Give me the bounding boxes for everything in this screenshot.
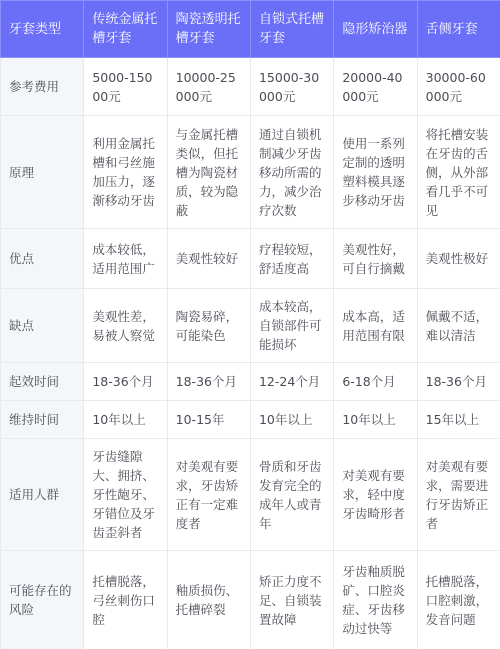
braces-comparison-table: 牙套类型 传统金属托槽牙套 陶瓷透明托槽牙套 自锁式托槽牙套 隐形矫治器 舌侧牙… bbox=[0, 0, 500, 649]
table-cell: 对美观有要求，需要进行牙齿矫正者 bbox=[417, 439, 500, 551]
table-cell: 美观性差，易被人察觉 bbox=[84, 289, 167, 363]
table-cell: 利用金属托槽和弓丝施加压力，逐渐移动牙齿 bbox=[84, 116, 167, 229]
table-row-cons: 缺点 美观性差，易被人察觉 陶瓷易碎，可能染色 成本较高，自锁部件可能损坏 成本… bbox=[1, 289, 500, 363]
row-label: 适用人群 bbox=[1, 439, 84, 551]
table-row-suitable-people: 适用人群 牙齿缝隙大、拥挤、牙性龅牙、牙错位及牙齿歪斜者 对美观有要求，牙齿矫正… bbox=[1, 439, 500, 551]
table-cell: 6-18个月 bbox=[334, 363, 417, 401]
table-row-cost: 参考费用 5000-15000元 10000-25000元 15000-3000… bbox=[1, 58, 500, 116]
table-cell: 陶瓷易碎，可能染色 bbox=[167, 289, 250, 363]
table-row-pros: 优点 成本较低，适用范围广 美观性较好 疗程较短，舒适度高 美观性好，可自行摘戴… bbox=[1, 229, 500, 289]
table-cell: 将托槽安装在牙齿的舌侧，从外部看几乎不可见 bbox=[417, 116, 500, 229]
table-cell: 18-36个月 bbox=[417, 363, 500, 401]
table-cell: 矫正力度不足、自锁装置故障 bbox=[250, 551, 333, 649]
table-cell: 美观性较好 bbox=[167, 229, 250, 289]
header-cell-invisible: 隐形矫治器 bbox=[334, 1, 417, 58]
table-cell: 18-36个月 bbox=[167, 363, 250, 401]
table-cell: 骨质和牙齿发育完全的成年人或青年 bbox=[250, 439, 333, 551]
row-label: 参考费用 bbox=[1, 58, 84, 116]
table-cell: 釉质损伤、托槽碎裂 bbox=[167, 551, 250, 649]
table-row-maintain-time: 维持时间 10年以上 10-15年 10年以上 10年以上 15年以上 bbox=[1, 401, 500, 439]
table-row-risks: 可能存在的风险 托槽脱落，弓丝刺伤口腔 釉质损伤、托槽碎裂 矫正力度不足、自锁装… bbox=[1, 551, 500, 649]
table-cell: 对美观有要求，轻中度牙齿畸形者 bbox=[334, 439, 417, 551]
table-cell: 12-24个月 bbox=[250, 363, 333, 401]
row-label: 维持时间 bbox=[1, 401, 84, 439]
table-cell: 15年以上 bbox=[417, 401, 500, 439]
table-cell: 通过自锁机制减少牙齿移动所需的力，减少治疗次数 bbox=[250, 116, 333, 229]
table-cell: 对美观有要求，牙齿矫正有一定难度者 bbox=[167, 439, 250, 551]
table-cell: 15000-30000元 bbox=[250, 58, 333, 116]
table-cell: 佩戴不适，难以清洁 bbox=[417, 289, 500, 363]
table-cell: 20000-40000元 bbox=[334, 58, 417, 116]
header-cell-type: 牙套类型 bbox=[1, 1, 84, 58]
row-label: 缺点 bbox=[1, 289, 84, 363]
table-cell: 成本较低，适用范围广 bbox=[84, 229, 167, 289]
table-cell: 使用一系列定制的透明塑料模具逐步移动牙齿 bbox=[334, 116, 417, 229]
header-row: 牙套类型 传统金属托槽牙套 陶瓷透明托槽牙套 自锁式托槽牙套 隐形矫治器 舌侧牙… bbox=[1, 1, 500, 58]
table-cell: 18-36个月 bbox=[84, 363, 167, 401]
table-cell: 牙齿釉质脱矿、口腔炎症、牙齿移动过快等 bbox=[334, 551, 417, 649]
table-cell: 10-15年 bbox=[167, 401, 250, 439]
table-cell: 美观性好，可自行摘戴 bbox=[334, 229, 417, 289]
table-cell: 10年以上 bbox=[334, 401, 417, 439]
table-cell: 10年以上 bbox=[250, 401, 333, 439]
header-cell-metal: 传统金属托槽牙套 bbox=[84, 1, 167, 58]
row-label: 优点 bbox=[1, 229, 84, 289]
table-cell: 美观性极好 bbox=[417, 229, 500, 289]
table-cell: 托槽脱落，弓丝刺伤口腔 bbox=[84, 551, 167, 649]
table-row-principle: 原理 利用金属托槽和弓丝施加压力，逐渐移动牙齿 与金属托槽类似，但托槽为陶瓷材质… bbox=[1, 116, 500, 229]
header-cell-lingual: 舌侧牙套 bbox=[417, 1, 500, 58]
table-cell: 与金属托槽类似，但托槽为陶瓷材质，较为隐蔽 bbox=[167, 116, 250, 229]
header-cell-self-ligating: 自锁式托槽牙套 bbox=[250, 1, 333, 58]
table-cell: 成本较高，自锁部件可能损坏 bbox=[250, 289, 333, 363]
table-cell: 成本高，适用范围有限 bbox=[334, 289, 417, 363]
header-cell-ceramic: 陶瓷透明托槽牙套 bbox=[167, 1, 250, 58]
table-cell: 30000-60000元 bbox=[417, 58, 500, 116]
table-cell: 托槽脱落，口腔刺激，发音问题 bbox=[417, 551, 500, 649]
table-row-effect-time: 起效时间 18-36个月 18-36个月 12-24个月 6-18个月 18-3… bbox=[1, 363, 500, 401]
table-cell: 5000-15000元 bbox=[84, 58, 167, 116]
table-cell: 疗程较短，舒适度高 bbox=[250, 229, 333, 289]
row-label: 可能存在的风险 bbox=[1, 551, 84, 649]
table-cell: 10000-25000元 bbox=[167, 58, 250, 116]
table-cell: 牙齿缝隙大、拥挤、牙性龅牙、牙错位及牙齿歪斜者 bbox=[84, 439, 167, 551]
row-label: 原理 bbox=[1, 116, 84, 229]
table-cell: 10年以上 bbox=[84, 401, 167, 439]
row-label: 起效时间 bbox=[1, 363, 84, 401]
